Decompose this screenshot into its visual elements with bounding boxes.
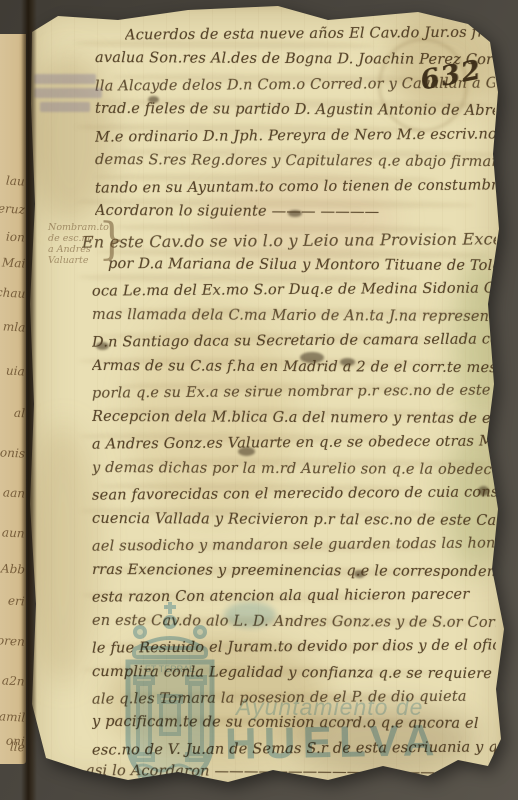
manuscript-line: tando en su Ayuntam.to como lo tienen de… <box>95 177 495 196</box>
manuscript-line: le fue Resiuido el Juram.to devido por d… <box>92 637 496 656</box>
margin-note-brace: } <box>98 214 126 265</box>
stamp-bar <box>34 74 96 84</box>
manuscript-line: en este Cav.do alo L. D. Andres Gonz.es … <box>92 613 496 631</box>
manuscript-line: Armas de su C.as f.ha en Madrid a 2 de e… <box>92 358 496 376</box>
paper-sheet: 632 Nombram.to de esc.no a Andres Valuar… <box>28 4 506 790</box>
manuscript-line: ael susodicho y mandaron sele guarden to… <box>92 535 496 554</box>
manuscript-line: cuencia Vallada y Recivieron p.r tal esc… <box>92 511 496 529</box>
manuscript-line: a Andres Gonz.es Valuarte en q.e se obed… <box>92 433 496 452</box>
margin-note-line: Valuarte <box>48 255 100 266</box>
manuscript-line: asi lo Acordaron ——————————————— <box>86 763 496 781</box>
stamp-bar <box>34 88 102 98</box>
manuscript-line: cumplira conla Legalidad y confianza q.e… <box>92 664 496 682</box>
manuscript-line: y demas dichas por la m.rd Aurelio son q… <box>92 460 496 478</box>
faded-archive-stamp-icon <box>34 70 106 116</box>
manuscript-line: por D.a Mariana de Silua y Montoro Titua… <box>108 256 496 274</box>
margin-note: Nombram.to de esc.no a Andres Valuarte <box>48 222 100 266</box>
manuscript-line: D.n Santiago daca su Secretario de camar… <box>92 331 496 350</box>
manuscript-line: esta razon Con atencion ala qual hiciero… <box>92 586 496 605</box>
manuscript-line: mas llamada dela C.ma Mario de An.ta J.n… <box>92 307 496 325</box>
margin-note-line: Nombram.to <box>48 222 100 233</box>
scanned-document: lau eruz ion Mai chau mla uia al onis aa… <box>0 0 518 800</box>
manuscript-line: porla q.e su Ex.a se sirue nombrar p.r e… <box>92 382 496 401</box>
manuscript-line: Acordaron lo siguiente ——— ———— <box>95 203 495 221</box>
manuscript-page: 632 Nombram.to de esc.no a Andres Valuar… <box>28 4 506 790</box>
stamp-bar <box>40 102 90 112</box>
binding-gutter-shadow <box>21 0 37 800</box>
margin-note-line: a Andres <box>48 244 100 255</box>
manuscript-line: rras Exenciones y preeminencias q.e le c… <box>92 562 496 580</box>
margin-note-line: de esc.no <box>48 233 100 244</box>
manuscript-line: Recepcion dela M.blica G.a del numero y … <box>92 409 496 427</box>
manuscript-line: sean favorecidas con el merecido decoro … <box>92 484 496 503</box>
manuscript-line: oca Le.ma del Ex.mo S.or Duq.e de Medina… <box>92 280 496 299</box>
manuscript-line: y pacificam.te de su comision acord.o q.… <box>92 714 496 732</box>
manuscript-line: esc.no de V. Ju.an de Semas S.r de esta … <box>92 739 496 758</box>
manuscript-line: demas S.res Reg.dores y Capitulares q.e … <box>95 152 495 170</box>
manuscript-line: En este Cav.do se vio l.o y Leio una Pro… <box>82 229 496 251</box>
manuscript-line: ale q.les Tomara la posesion de el P. de… <box>92 688 496 707</box>
